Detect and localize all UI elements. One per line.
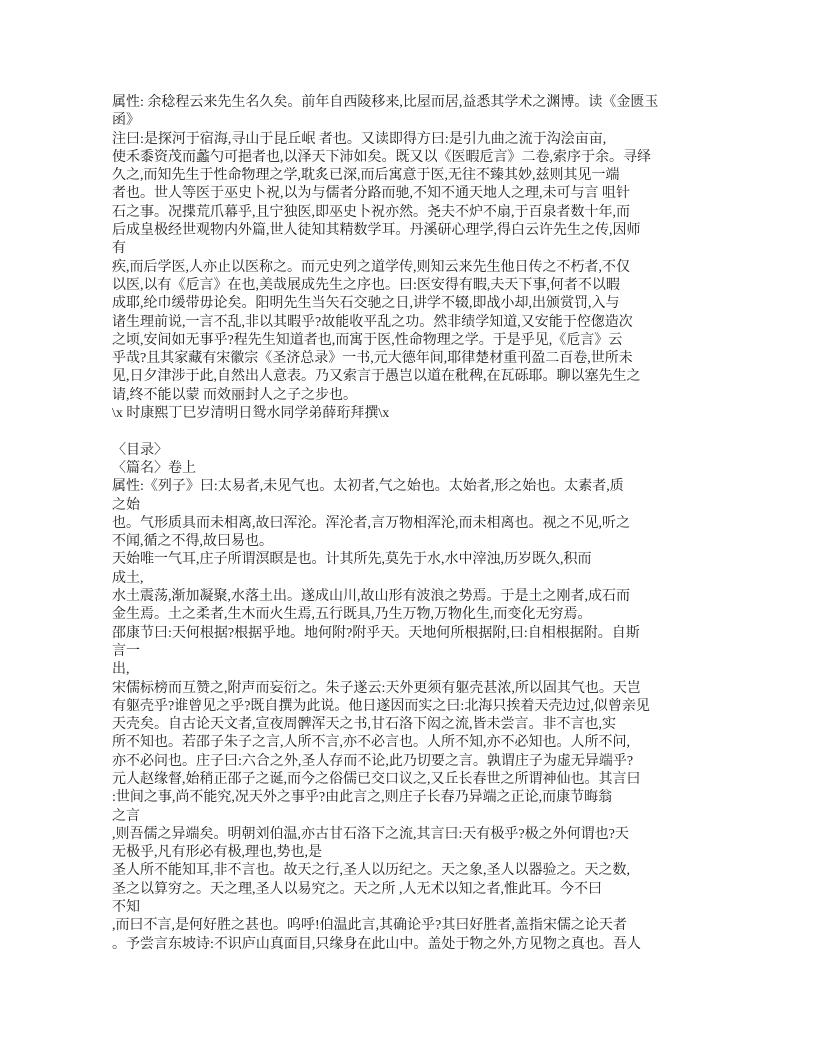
text-line: 天始唯一气耳,庄子所谓溟瞑是也。计其所先,莫先于水,水中滓浊,历岁既久,积而 [112,551,752,569]
text-line: 者也。世人等医于巫史卜祝,以为与儒者分路而驰,不知不通天地人之理,未可与言 咀针 [112,185,752,203]
text-line: 出, [112,661,752,679]
document-text-block: 属性: 余稔程云来先生名久矣。前年自西陵移来,比屋而居,益悉其学术之渊博。读《金… [112,94,752,954]
text-line: 成耶,纶巾缓带毋论矣。阳明先生当矢石交驰之日,讲学不辍,即战小却,出颁赏罚,入与 [112,295,752,313]
text-line: 圣人所不能知耳,非不言也。故天之行,圣人以历纪之。天之象,圣人以器验之。天之数, [112,862,752,880]
text-line: 之始 [112,497,752,515]
text-line: 圣之以算穷之。天之理,圣人以易究之。天之所 ,人无术以知之者,惟此耳。今不曰 [112,881,752,899]
chapter-title-line: 〈篇名〉卷上 [112,460,752,478]
text-line: 宋儒标榜而互赞之,附声而妄衍之。朱子遂云:天外更须有躯壳甚浓,所以固其气也。天岂 [112,680,752,698]
text-line: 后成皇极经世观物内外篇,世人徒知其精数学耳。丹溪研心理学,得白云许先生之传,因师 [112,222,752,240]
text-line: 之言 [112,808,752,826]
blank-line [112,423,752,441]
text-line: ,而曰不言,是何好胜之甚也。呜呼!伯温此言,其确论乎?其曰好胜者,盖指宋儒之论天… [112,917,752,935]
text-line-colophon: \x 时康熙丁巳岁清明日鸳水同学弟薛珩拜撰\x [112,405,752,423]
text-line: 属性:《列子》曰:太易者,未见气也。太初者,气之始也。太始者,形之始也。太素者,… [112,478,752,496]
catalog-tag-line: 〈目录〉 [112,442,752,460]
text-line: 无极乎,凡有形必有极,理也,势也,是 [112,844,752,862]
text-line: 金生焉。土之柔者,生木而火生焉,五行既具,乃生万物,万物化生,而变化无穷焉。 [112,606,752,624]
text-line: 不闻,循之不得,故曰易也。 [112,533,752,551]
text-line: 邵康节曰:天何根据?根据乎地。地何附?附乎天。天地何所根据附,曰:自相根据附。自… [112,625,752,643]
text-line: 。予尝言东坡诗:不识庐山真面目,只缘身在此山中。盖处于物之外,方见物之真也。吾人 [112,936,752,954]
text-line: 言一 [112,643,752,661]
text-line: 成土, [112,570,752,588]
text-line: 疾,而后学医,人亦止以医称之。而元史列之道学传,则知云来先生他日传之不朽者,不仅 [112,259,752,277]
text-line: 所不知也。若邵子朱子之言,人所不言,亦不必言也。人所不知,亦不必知也。人所不问, [112,734,752,752]
text-line: 属性: 余稔程云来先生名久矣。前年自西陵移来,比屋而居,益悉其学术之渊博。读《金… [112,94,752,112]
text-line: 不知 [112,899,752,917]
text-line: 有躯壳乎?谁曾见之乎?既自撰为此说。他日遂因而实之曰:北海只挨着天壳边过,似曾亲… [112,698,752,716]
text-line: 久之,而知先生于性命物理之学,耽炙已深,而后寓意于医,无往不臻其妙,兹则其见一端 [112,167,752,185]
text-line: 使禾黍资茂而蠡勺可挹者也,以泽天下沛如矣。既又以《医暇卮言》二卷,索序于余。寻绎 [112,149,752,167]
document-page: 属性: 余稔程云来先生名久矣。前年自西陵移来,比屋而居,益悉其学术之渊博。读《金… [0,0,816,1056]
text-line: 乎哉?且其家藏有宋徽宗《圣济总录》一书,元大德年间,耶律楚材重刊盈二百卷,世所未 [112,350,752,368]
text-line: 函》 [112,112,752,130]
text-line: 有 [112,240,752,258]
text-line: 诸生理前说,一言不乱,非以其暇乎?故能收平乱之功。然非绩学知道,又安能于倥偬造次 [112,314,752,332]
text-line: 请,终不能以蒙 而效丽封人之子之步也。 [112,387,752,405]
text-line: ,则吾儒之异端矣。明朝刘伯温,亦古甘石洛下之流,其言曰:天有极乎?极之外何谓也?… [112,826,752,844]
text-line: 注曰:是探河于宿海,寻山于昆丘岷 者也。又读即得方曰:是引九曲之流于沟浍亩亩, [112,131,752,149]
text-line: 以医,以有《卮言》在也,美哉展成先生之序也。曰:医安得有暇,夫天下事,何者不以暇 [112,277,752,295]
text-line: 也。气形质具而未相离,故曰浑沦。浑沦者,言万物相浑沦,而未相离也。视之不见,听之 [112,515,752,533]
text-line: 天壳矣。自古论天文者,宣夜周髀浑天之书,甘石洛下闳之流,皆未尝言。非不言也,实 [112,716,752,734]
text-line: 元人赵缘督,始稍正邵子之诞,而今之俗儒已交口议之,又丘长春世之所谓神仙也。其言曰 [112,771,752,789]
text-line: 见,日夕津涉于此,自然出人意表。乃又索言于愚岂以道在秕稗,在瓦砾耶。聊以塞先生之 [112,368,752,386]
text-line: 石之事。况揲荒爪幕乎,且宁独医,即巫史卜祝亦然。尧夫不炉不扇,于百泉者数十年,而 [112,204,752,222]
text-line: 水土震荡,渐加凝聚,水落土出。遂成山川,故山形有波浪之势焉。于是土之刚者,成石而 [112,588,752,606]
text-line: 亦不必问也。庄子曰:六合之外,圣人存而不论,此乃切要之言。孰谓庄子为虚无异端乎? [112,753,752,771]
text-line: :世间之事,尚不能究,况天外之事乎?由此言之,则庄子长春乃异端之正论,而康节晦翁 [112,789,752,807]
text-line: 之顷,安间如无事乎?程先生知道者也,而寓于医,性命物理之学。于是乎见,《卮言》云 [112,332,752,350]
